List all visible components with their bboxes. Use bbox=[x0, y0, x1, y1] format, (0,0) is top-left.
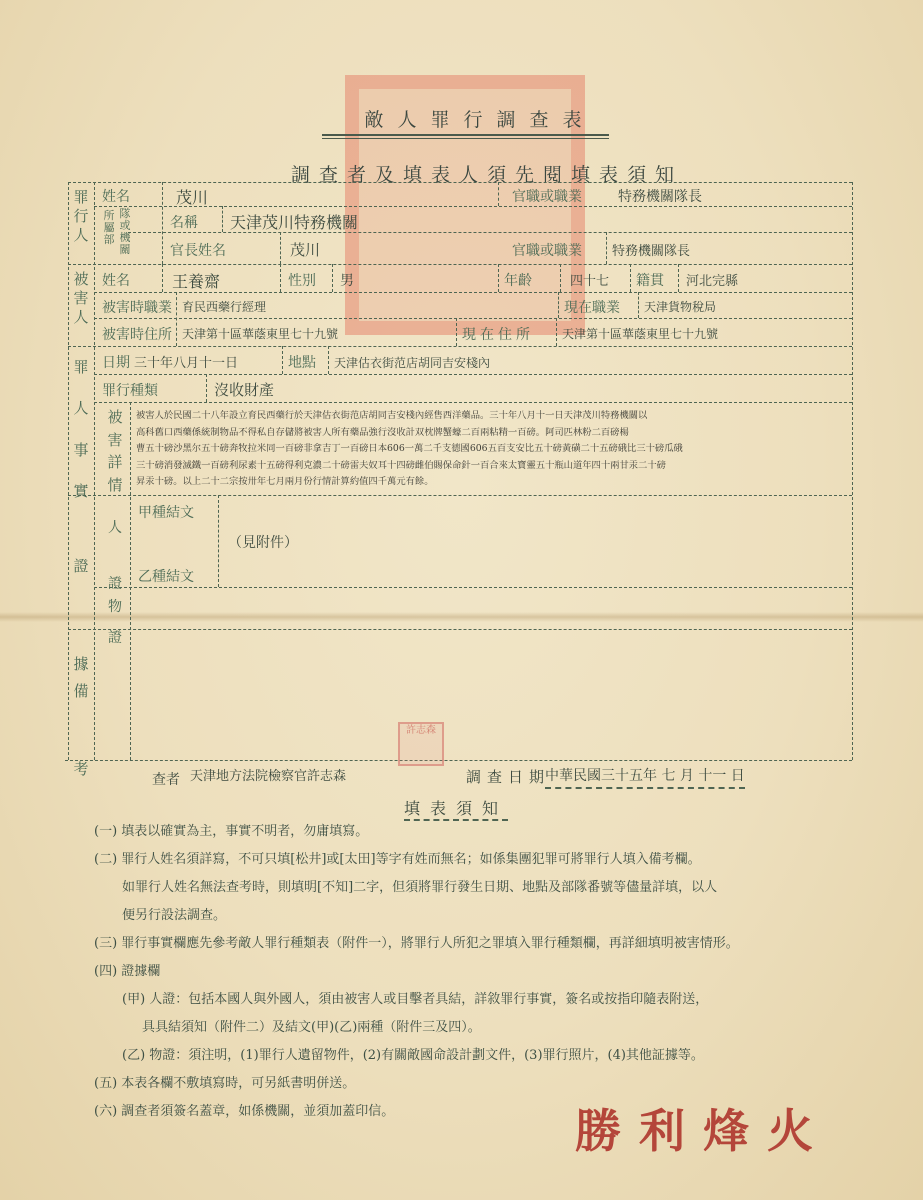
details-lines: 被害人於民國二十八年設立育民西藥行於天津估衣街范店胡同吉安棧內經售西洋藥品。三十… bbox=[136, 408, 696, 491]
chief-name-label: 官長姓名 bbox=[170, 240, 226, 260]
fact-place-label: 地點 bbox=[288, 352, 316, 372]
victim-job-then-value: 育民西藥行經理 bbox=[182, 298, 266, 315]
victim-sex-value: 男 bbox=[340, 270, 354, 290]
victim-job-now-label: 現在職業 bbox=[564, 297, 620, 317]
chief-title-value: 特務機關隊長 bbox=[612, 240, 690, 259]
investigator-seal: 許志森 bbox=[398, 722, 444, 766]
note-item: (四) 證據欄 bbox=[94, 958, 874, 986]
victim-addr-then-label: 被害時住所 bbox=[102, 324, 172, 344]
type-a-statement-label: 甲種結文 bbox=[138, 502, 194, 522]
note-item: (甲) 人證：包括本國人與外國人，須由被害人或目擊者具結，詳敘罪行事實，簽名或按… bbox=[94, 986, 874, 1014]
details-line: 高科舊口西藥係統制物品不得私自存儲將被害人所有藥品強行沒收計双枕牌蟹蠔二百兩粘精… bbox=[136, 425, 696, 442]
victim-addr-then-value: 天津第十區華蔭東里七十九號 bbox=[182, 325, 338, 342]
side-label-criminal: 罪行人 bbox=[70, 188, 92, 244]
victim-job-now-value: 天津貨物稅局 bbox=[644, 298, 716, 315]
fact-place-value: 天津估衣街范店胡同吉安棧內 bbox=[334, 354, 490, 371]
type-b-statement-label: 乙種結文 bbox=[138, 566, 194, 586]
col-line bbox=[498, 182, 499, 206]
col-line bbox=[498, 264, 499, 292]
col-line bbox=[282, 346, 283, 374]
side-label-victim: 被害人 bbox=[70, 270, 92, 326]
unit-name-label: 名稱 bbox=[170, 212, 198, 232]
col-line bbox=[678, 264, 679, 292]
form-border-top bbox=[68, 182, 852, 183]
investigation-form: 罪行人 被害人 罪人事實 證據 備考 姓名 茂川 官職或職業 特務機關隊長 所屬… bbox=[100, 182, 852, 760]
row-line bbox=[94, 587, 852, 588]
witness-value: （見附件） bbox=[228, 532, 298, 552]
col-line bbox=[218, 495, 219, 587]
details-line: 被害人於民國二十八年設立育民西藥行於天津估衣街范店胡同吉安棧內經售西洋藥品。三十… bbox=[136, 408, 696, 425]
col-line bbox=[162, 182, 163, 264]
crime-type-label: 罪行種類 bbox=[102, 380, 158, 400]
fact-date-label: 日期 bbox=[102, 352, 130, 372]
physical-evidence-label: 物證 bbox=[104, 592, 126, 654]
victim-name-label: 姓名 bbox=[102, 270, 130, 290]
col-line bbox=[280, 264, 281, 292]
criminal-title-value: 特務機關隊長 bbox=[618, 186, 702, 206]
fill-instructions: (一) 填表以確實為主，事實不明者，勿庸填寫。 (二) 罪行人姓名須詳寫，不可只… bbox=[94, 818, 874, 1126]
criminal-title-label: 官職或職業 bbox=[512, 186, 582, 206]
col-line bbox=[130, 402, 131, 760]
row-line bbox=[68, 346, 852, 347]
fact-date-value: 三十年八月十一日 bbox=[134, 352, 238, 371]
survey-date-value: 中華民國三十五年 七 月 十一 日 bbox=[545, 765, 745, 789]
col-line bbox=[222, 206, 223, 232]
form-border-left bbox=[68, 182, 69, 760]
details-line: 曹五十磅沙黑尔五十磅奔牧拉米同一百磅非拿吉丁一百磅日本606一萬二千支德國606… bbox=[136, 441, 696, 458]
col-line bbox=[162, 264, 163, 292]
note-item: 具具結須知（附件二）及結文(甲)(乙)兩種（附件三及四）。 bbox=[94, 1014, 874, 1042]
chief-name-value: 茂川 bbox=[290, 239, 320, 260]
note-item: (乙) 物證：須注明，(1)罪行人遺留物件，(2)有關敵國命設計劃文件，(3)罪… bbox=[94, 1042, 874, 1070]
col-line bbox=[630, 264, 631, 292]
crime-type-value: 沒收財產 bbox=[214, 379, 274, 400]
document-title: 敵人罪行調查表 bbox=[300, 105, 660, 132]
unit-label-b: 隊或機關 bbox=[118, 208, 132, 256]
col-line bbox=[280, 232, 281, 264]
col-line bbox=[456, 318, 457, 346]
form-border-bottom bbox=[65, 760, 852, 761]
victim-name-value: 王養齋 bbox=[172, 269, 220, 292]
watermark-brand: 勝利烽火 bbox=[575, 1095, 831, 1161]
col-line bbox=[176, 292, 177, 346]
victim-addr-now-value: 天津第十區華蔭東里七十九號 bbox=[562, 325, 718, 342]
row-line bbox=[68, 495, 852, 496]
note-item: (三) 罪行事實欄應先參考敵人罪行種類表（附件一），將罪行人所犯之罪填入罪行種類… bbox=[94, 930, 874, 958]
col-line bbox=[556, 318, 557, 346]
side-label-remarks: 備考 bbox=[70, 652, 92, 808]
col-line bbox=[332, 264, 333, 292]
investigator-value: 天津地方法院檢察官許志森 bbox=[190, 765, 346, 784]
col-line bbox=[638, 292, 639, 318]
unit-name-value: 天津茂川特務機關 bbox=[230, 210, 358, 233]
victim-age-value: 四十七 bbox=[570, 270, 609, 289]
col-line bbox=[206, 374, 207, 402]
note-item: (五) 本表各欄不敷填寫時，可另紙書明併送。 bbox=[94, 1070, 874, 1098]
side-column-divider bbox=[94, 182, 95, 760]
victim-addr-now-label: 現在住所 bbox=[462, 324, 534, 344]
note-item: (二) 罪行人姓名須詳寫，不可只填[松井]或[太田]等字有姓而無名；如係集團犯罪… bbox=[94, 846, 874, 874]
row-line bbox=[68, 629, 852, 630]
victim-origin-label: 籍貫 bbox=[636, 270, 664, 290]
row-line bbox=[94, 374, 852, 375]
col-line bbox=[328, 346, 329, 374]
victim-age-label: 年齡 bbox=[504, 270, 532, 290]
chief-title-label: 官職或職業 bbox=[512, 240, 582, 260]
note-item: 便另行設法調查。 bbox=[94, 902, 874, 930]
survey-date-label: 調查日期 bbox=[466, 766, 550, 787]
victim-sex-label: 性別 bbox=[288, 270, 316, 290]
row-line bbox=[68, 264, 852, 265]
col-line bbox=[606, 232, 607, 264]
criminal-name-label: 姓名 bbox=[102, 186, 130, 206]
title-underline bbox=[322, 134, 609, 139]
note-item: 如罪行人姓名無法查考時，則填明[不知]二字，但須將罪行發生日期、地點及部隊番號等… bbox=[94, 874, 874, 902]
col-line bbox=[560, 264, 561, 292]
details-label: 被害詳情 bbox=[104, 406, 126, 496]
victim-job-then-label: 被害時職業 bbox=[102, 297, 172, 317]
side-label-facts: 罪人事實 bbox=[70, 347, 92, 512]
row-line bbox=[94, 318, 852, 319]
details-line: 昇汞十磅。以上二十二宗按卅年七月兩月份行情計算約值四千萬元有餘。 bbox=[136, 474, 696, 491]
row-line bbox=[94, 402, 852, 403]
criminal-name-value: 茂川 bbox=[176, 185, 208, 208]
details-line: 三十磅消發滅鐵一百磅利尿素十五磅得利克濃二十磅雷夫奴耳十四磅雌伯賜保命針一百合來… bbox=[136, 458, 696, 475]
note-item: (一) 填表以確實為主，事實不明者，勿庸填寫。 bbox=[94, 818, 874, 846]
form-border-right bbox=[852, 182, 853, 760]
unit-label-a: 所屬部 bbox=[102, 210, 116, 246]
victim-origin-value: 河北完縣 bbox=[686, 270, 738, 289]
row-line bbox=[94, 292, 852, 293]
col-line bbox=[558, 292, 559, 318]
investigator-label: 查者 bbox=[152, 769, 180, 789]
